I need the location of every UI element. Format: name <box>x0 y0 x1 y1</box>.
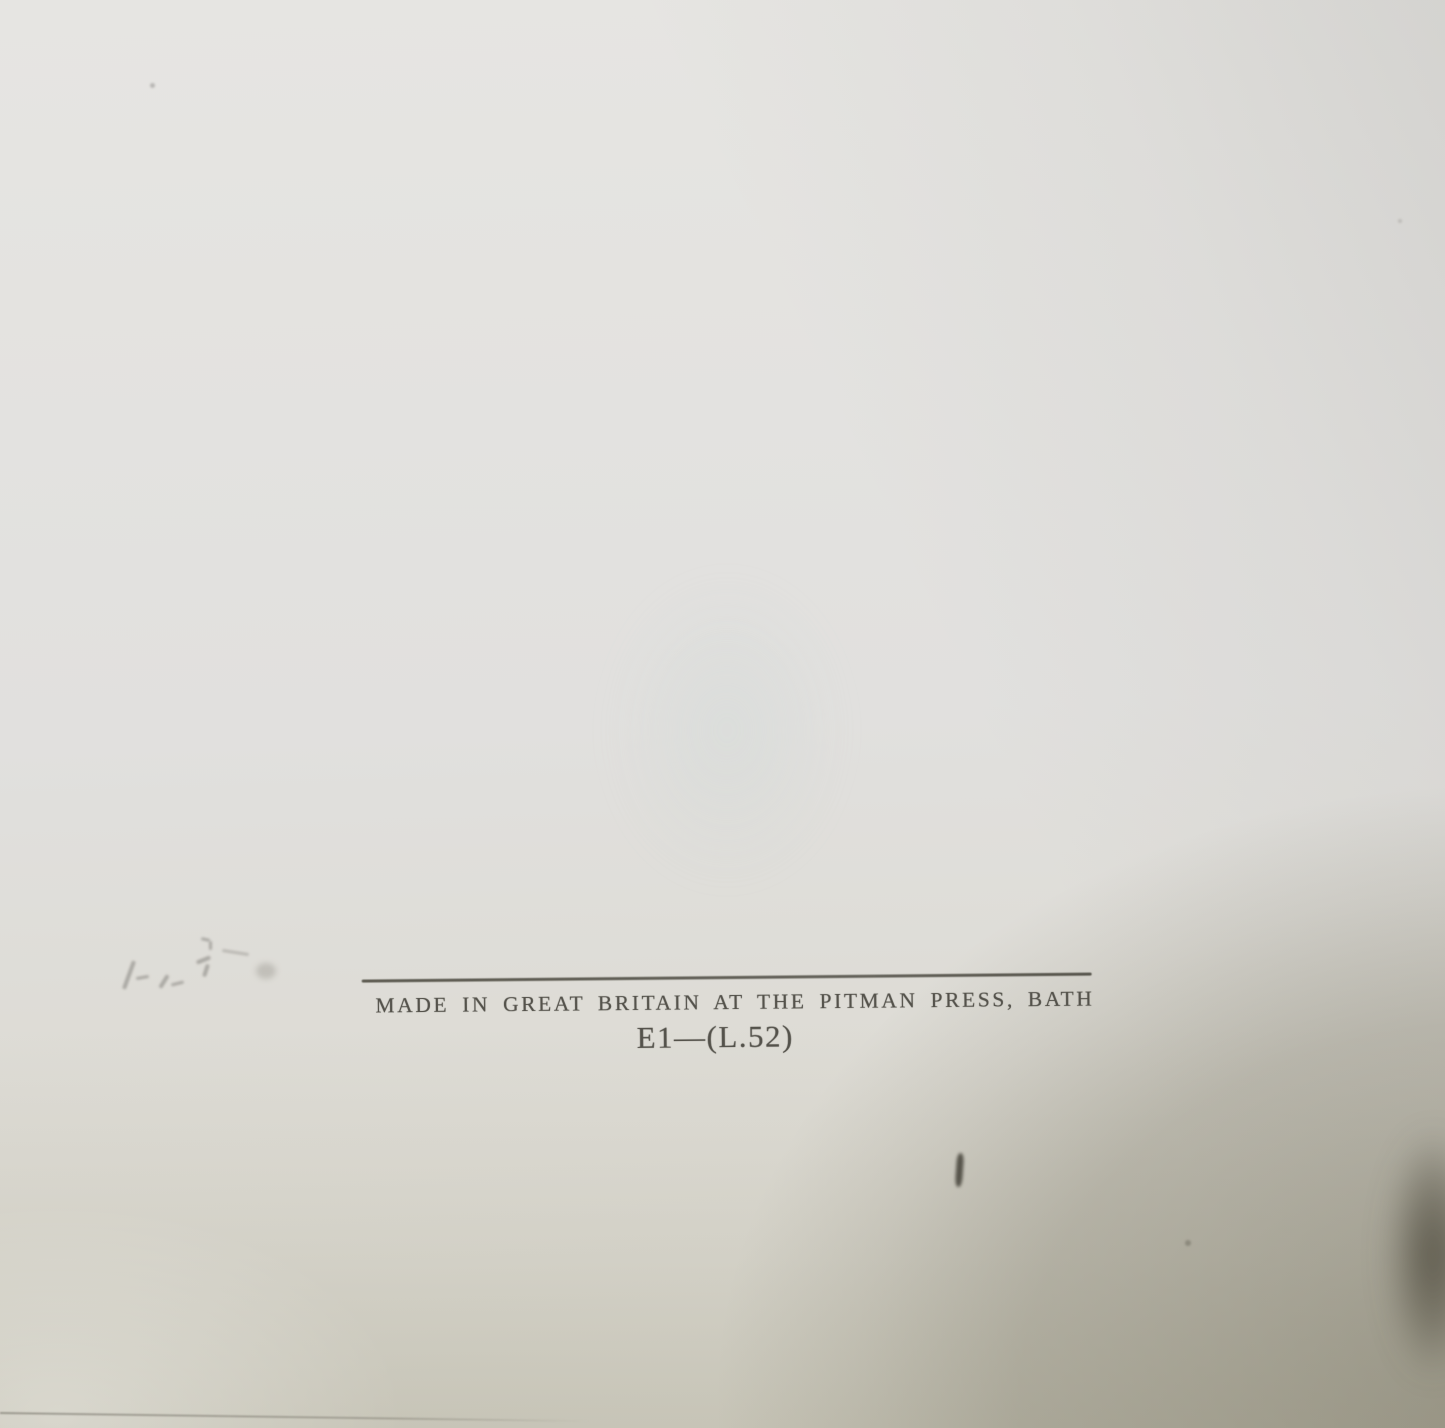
pencil-mark <box>209 941 212 950</box>
imprint-rule <box>362 973 1092 983</box>
printer-code: E1—(L.52) <box>320 1017 1110 1056</box>
ink-spot <box>955 1153 964 1187</box>
pencil-mark <box>196 955 211 964</box>
page-edge-shadow-blob <box>1387 1128 1445 1380</box>
pencil-mark <box>122 960 136 990</box>
pencil-mark <box>222 949 249 956</box>
book-page-photo: MADE IN GREAT BRITAIN AT THE PITMAN PRES… <box>0 0 1445 1428</box>
imprint-text: MADE IN GREAT BRITAIN AT THE PITMAN PRES… <box>340 988 1130 1017</box>
paper-speck <box>150 83 155 88</box>
printers-imprint-block: MADE IN GREAT BRITAIN AT THE PITMAN PRES… <box>340 964 1131 1055</box>
pencil-mark <box>201 937 210 942</box>
paper-speck <box>1398 219 1402 223</box>
pencil-mark <box>202 964 210 978</box>
pencil-mark <box>171 980 184 986</box>
pencil-mark <box>136 975 149 980</box>
watermark-smudge <box>612 580 842 880</box>
pencil-smudge <box>256 963 276 979</box>
bottom-crease-line <box>0 1412 590 1422</box>
paper-speck <box>1185 1240 1191 1246</box>
pencil-mark <box>158 974 169 989</box>
